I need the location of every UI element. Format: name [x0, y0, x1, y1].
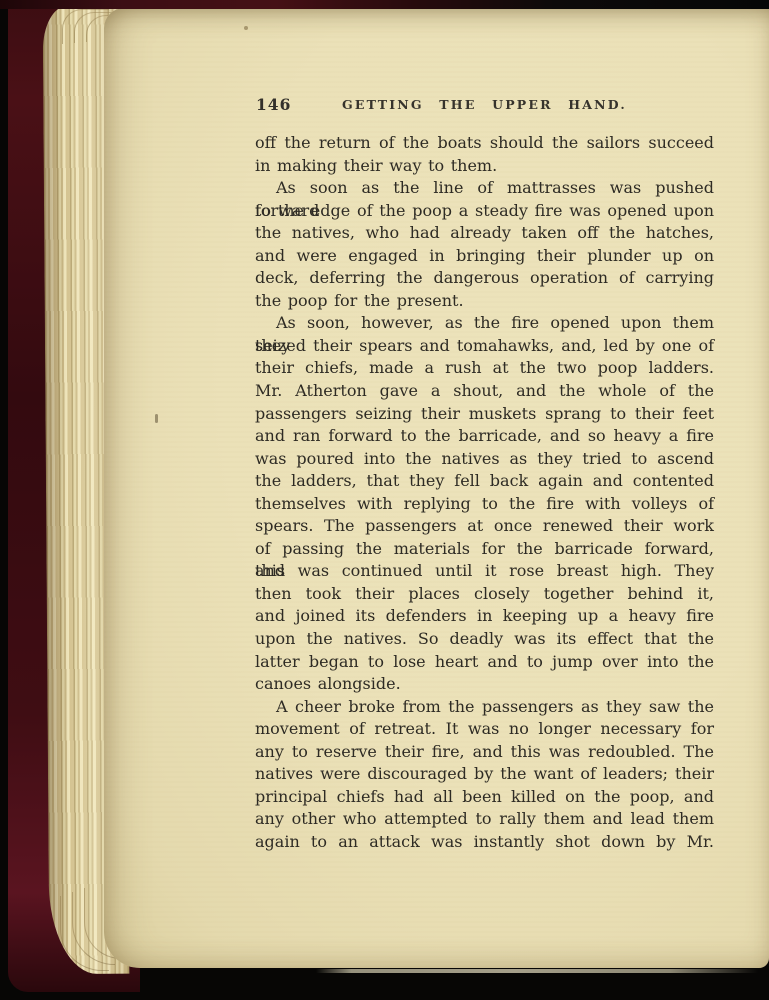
text-line: seized their spears and tomahawks, and, … [255, 335, 714, 358]
text-line: and ran forward to the barricade, and so… [255, 425, 714, 448]
page-number: 146 [256, 95, 291, 114]
text-line: spears. The passengers at once renewed t… [255, 515, 714, 538]
text-line: their chiefs, made a rush at the two poo… [255, 357, 714, 380]
text-line: of passing the materials for the barrica… [255, 538, 714, 561]
text-line: latter began to lose heart and to jump o… [255, 651, 714, 674]
text-line: again to an attack was instantly shot do… [255, 831, 714, 854]
text-line: passengers seizing their muskets sprang … [255, 403, 714, 426]
text-line: any other who attempted to rally them an… [255, 808, 714, 831]
text-line: any to reserve their fire, and this was … [255, 741, 714, 764]
table-glint [316, 969, 758, 973]
text-line: was poured into the natives as they trie… [255, 448, 714, 471]
text-line: and joined its defenders in keeping up a… [255, 605, 714, 628]
text-line: deck, deferring the dangerous operation … [255, 267, 714, 290]
text-line: to the edge of the poop a steady fire wa… [255, 200, 714, 223]
text-line: off the return of the boats should the s… [255, 132, 714, 155]
text-line: movement of retreat. It was no longer ne… [255, 718, 714, 741]
cover-top-edge [0, 0, 769, 9]
text-line: principal chiefs had all been killed on … [255, 786, 714, 809]
text-line: As soon as the line of mattrasses was pu… [255, 177, 714, 200]
running-header: GETTING THE UPPER HAND. [342, 97, 627, 112]
text-line: A cheer broke from the passengers as the… [255, 696, 714, 719]
text-line: natives were discouraged by the want of … [255, 763, 714, 786]
scanned-book-photo: 146 GETTING THE UPPER HAND. off the retu… [0, 0, 769, 1000]
text-line: this was continued until it rose breast … [255, 560, 714, 583]
text-line: and were engaged in bringing their plund… [255, 245, 714, 268]
text-line: the poop for the present. [255, 290, 714, 313]
text-line: the ladders, that they fell back again a… [255, 470, 714, 493]
text-line: upon the natives. So deadly was its effe… [255, 628, 714, 651]
text-line: Mr. Atherton gave a shout, and the whole… [255, 380, 714, 403]
text-line: in making their way to them. [255, 155, 714, 178]
text-line: As soon, however, as the fire opened upo… [255, 312, 714, 335]
page-header: 146 GETTING THE UPPER HAND. [255, 95, 714, 132]
page-content: 146 GETTING THE UPPER HAND. off the retu… [255, 95, 714, 854]
text-line: themselves with replying to the fire wit… [255, 493, 714, 516]
text-line: canoes alongside. [255, 673, 714, 696]
book-page: 146 GETTING THE UPPER HAND. off the retu… [104, 8, 769, 968]
text-line: the natives, who had already taken off t… [255, 222, 714, 245]
text-line: then took their places closely together … [255, 583, 714, 606]
page-text: off the return of the boats should the s… [255, 132, 714, 854]
